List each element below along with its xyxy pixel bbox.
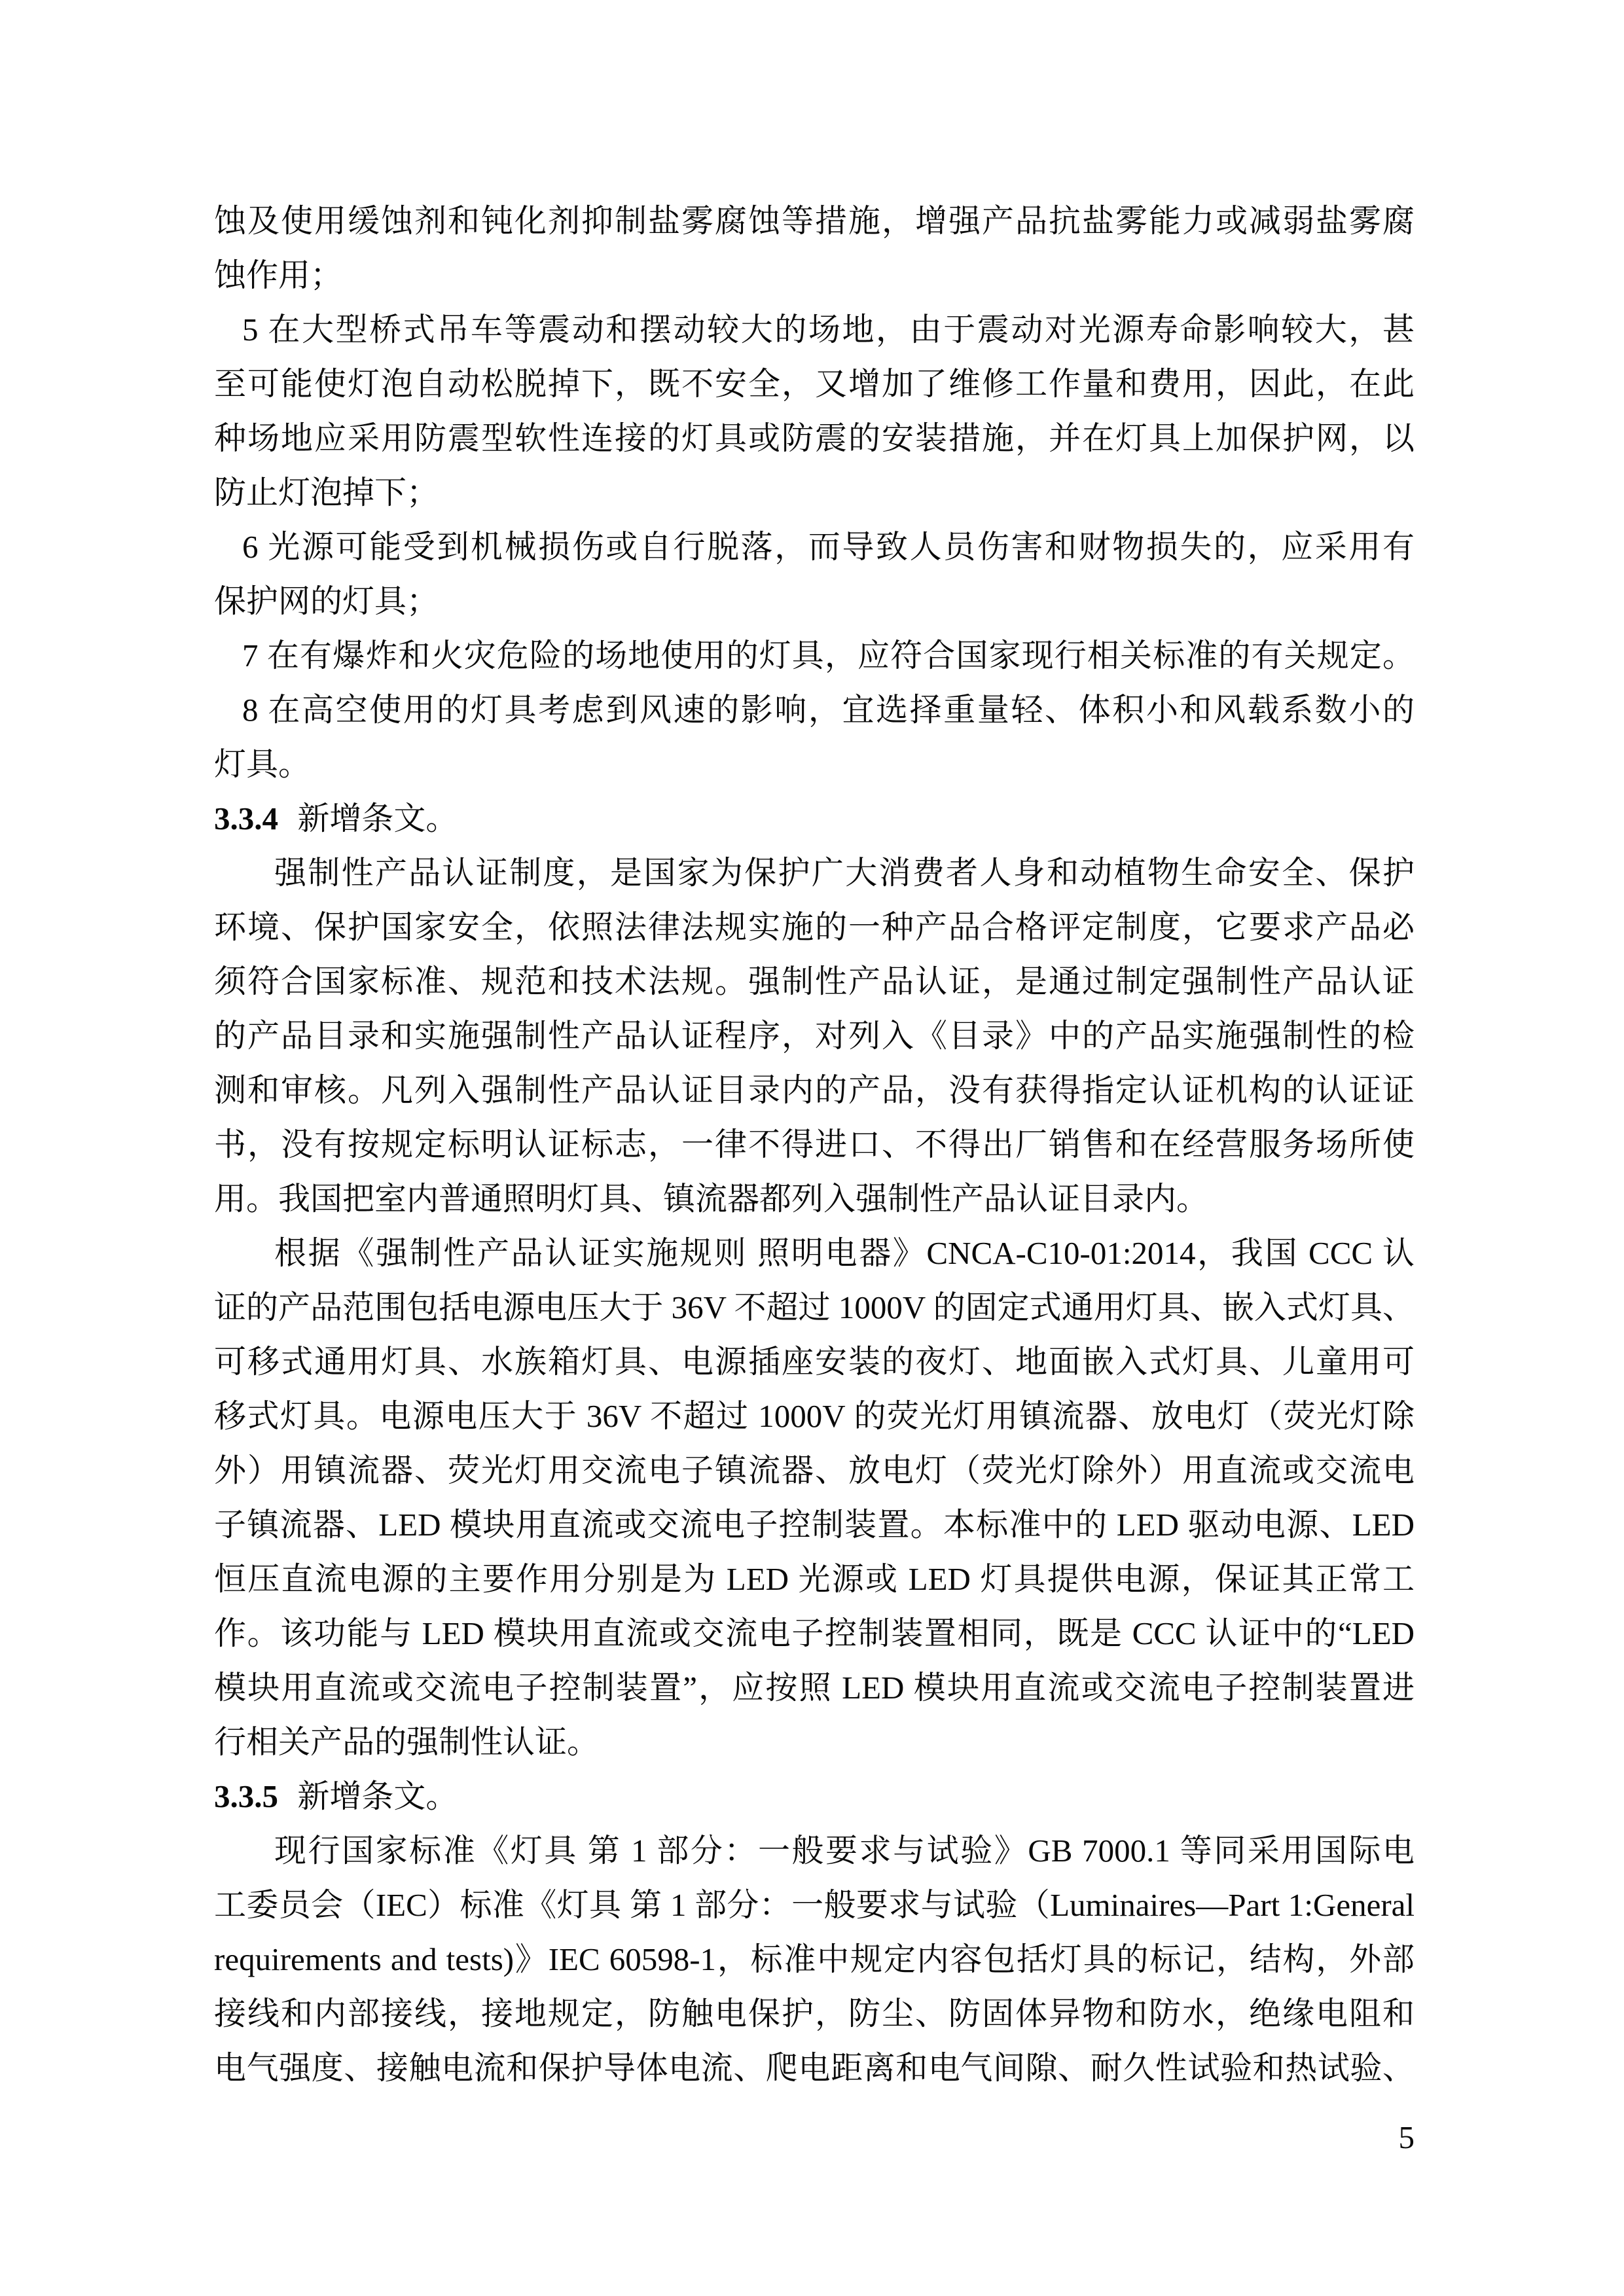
text-line: 的产品目录和实施强制性产品认证程序，对列入《目录》中的产品实施强制性的检 bbox=[214, 1009, 1415, 1063]
document-body: 蚀及使用缓蚀剂和钝化剂抑制盐雾腐蚀等措施，增强产品抗盐雾能力或减弱盐雾腐蚀作用；… bbox=[214, 194, 1415, 2095]
text-line: 防止灯泡掉下； bbox=[214, 465, 1415, 520]
section-heading: 3.3.5新增条文。 bbox=[214, 1769, 1415, 1823]
section-number: 3.3.5 bbox=[214, 1778, 278, 1814]
text-line: 蚀作用； bbox=[214, 248, 1415, 302]
text-line: 保护网的灯具； bbox=[214, 574, 1415, 628]
text-line: 接线和内部接线，接地规定，防触电保护，防尘、防固体异物和防水，绝缘电阻和 bbox=[214, 1986, 1415, 2041]
text-line: 7 在有爆炸和火灾危险的场地使用的灯具，应符合国家现行相关标准的有关规定。 bbox=[214, 628, 1415, 683]
section-title: 新增条文。 bbox=[297, 1778, 458, 1814]
text-line: 至可能使灯泡自动松脱掉下，既不安全，又增加了维修工作量和费用，因此，在此 bbox=[214, 357, 1415, 411]
text-line: 可移式通用灯具、水族箱灯具、电源插座安装的夜灯、地面嵌入式灯具、儿童用可 bbox=[214, 1335, 1415, 1389]
page-number: 5 bbox=[214, 2110, 1415, 2164]
text-line: 用。我国把室内普通照明灯具、镇流器都列入强制性产品认证目录内。 bbox=[214, 1172, 1415, 1226]
text-line: 子镇流器、LED 模块用直流或交流电子控制装置。本标准中的 LED 驱动电源、L… bbox=[214, 1498, 1415, 1552]
text-line: 种场地应采用防震型软性连接的灯具或防震的安装措施，并在灯具上加保护网，以 bbox=[214, 411, 1415, 465]
text-line: 灯具。 bbox=[214, 737, 1415, 791]
text-line: 工委员会（IEC）标准《灯具 第 1 部分：一般要求与试验（Luminaires… bbox=[214, 1878, 1415, 1932]
text-line: 电气强度、接触电流和保护导体电流、爬电距离和电气间隙、耐久性试验和热试验、 bbox=[214, 2041, 1415, 2095]
text-line: requirements and tests)》IEC 60598-1，标准中规… bbox=[214, 1932, 1415, 1986]
text-line: 现行国家标准《灯具 第 1 部分：一般要求与试验》GB 7000.1 等同采用国… bbox=[214, 1823, 1415, 1878]
section-number: 3.3.4 bbox=[214, 800, 278, 836]
text-line: 强制性产品认证制度，是国家为保护广大消费者人身和动植物生命安全、保护 bbox=[214, 846, 1415, 900]
text-line: 8 在高空使用的灯具考虑到风速的影响，宜选择重量轻、体积小和风载系数小的 bbox=[214, 683, 1415, 737]
text-line: 须符合国家标准、规范和技术法规。强制性产品认证，是通过制定强制性产品认证 bbox=[214, 954, 1415, 1009]
text-line: 作。该功能与 LED 模块用直流或交流电子控制装置相同，既是 CCC 认证中的“… bbox=[214, 1606, 1415, 1660]
text-line: 测和审核。凡列入强制性产品认证目录内的产品，没有获得指定认证机构的认证证 bbox=[214, 1063, 1415, 1117]
text-line: 证的产品范围包括电源电压大于 36V 不超过 1000V 的固定式通用灯具、嵌入… bbox=[214, 1280, 1415, 1335]
page: 蚀及使用缓蚀剂和钝化剂抑制盐雾腐蚀等措施，增强产品抗盐雾能力或减弱盐雾腐蚀作用；… bbox=[0, 0, 1624, 2296]
text-line: 移式灯具。电源电压大于 36V 不超过 1000V 的荧光灯用镇流器、放电灯（荧… bbox=[214, 1389, 1415, 1443]
text-line: 6 光源可能受到机械损伤或自行脱落，而导致人员伤害和财物损失的，应采用有 bbox=[214, 520, 1415, 574]
text-line: 模块用直流或交流电子控制装置”，应按照 LED 模块用直流或交流电子控制装置进 bbox=[214, 1660, 1415, 1715]
text-line: 书，没有按规定标明认证标志，一律不得进口、不得出厂销售和在经营服务场所使 bbox=[214, 1117, 1415, 1172]
text-line: 恒压直流电源的主要作用分别是为 LED 光源或 LED 灯具提供电源，保证其正常… bbox=[214, 1552, 1415, 1606]
text-line: 外）用镇流器、荧光灯用交流电子镇流器、放电灯（荧光灯除外）用直流或交流电 bbox=[214, 1443, 1415, 1498]
text-line: 根据《强制性产品认证实施规则 照明电器》CNCA-C10-01:2014，我国 … bbox=[214, 1226, 1415, 1280]
text-line: 环境、保护国家安全，依照法律法规实施的一种产品合格评定制度，它要求产品必 bbox=[214, 900, 1415, 954]
section-title: 新增条文。 bbox=[297, 800, 458, 836]
text-line: 蚀及使用缓蚀剂和钝化剂抑制盐雾腐蚀等措施，增强产品抗盐雾能力或减弱盐雾腐 bbox=[214, 194, 1415, 248]
text-line: 5 在大型桥式吊车等震动和摆动较大的场地，由于震动对光源寿命影响较大，甚 bbox=[214, 302, 1415, 357]
section-heading: 3.3.4新增条文。 bbox=[214, 791, 1415, 846]
text-line: 行相关产品的强制性认证。 bbox=[214, 1715, 1415, 1769]
